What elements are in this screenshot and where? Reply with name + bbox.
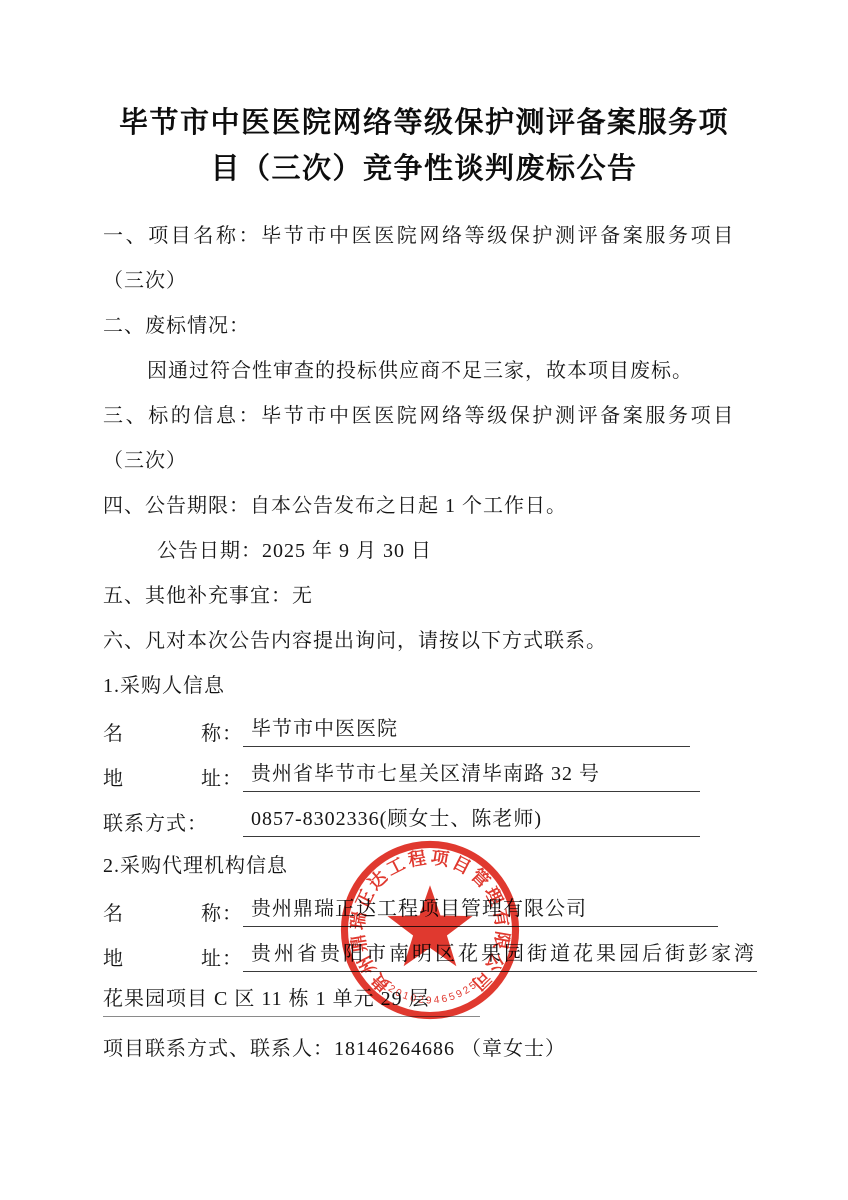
item2-detail: 因通过符合性审查的投标供应商不足三家，故本项目废标。	[103, 349, 745, 394]
document-body: 一、项目名称：毕节市中医医院网络等级保护测评备案服务项目 （三次） 二、废标情况…	[103, 214, 745, 1069]
purchaser-contact-value: 0857-8302336(顾女士、陈老师)	[243, 806, 700, 837]
agency-address-value-line2: 花果园项目 C 区 11 栋 1 单元 29 层	[103, 986, 480, 1017]
item4-announcement-period: 四、公告期限：自本公告发布之日起 1 个工作日。	[103, 484, 745, 529]
item1-project-name: 一、项目名称：毕节市中医医院网络等级保护测评备案服务项目	[103, 214, 745, 259]
purchaser-contact-row: 联系方式： 0857-8302336(顾女士、陈老师)	[103, 799, 745, 844]
document-page: 毕节市中医医院网络等级保护测评备案服务项 目（三次）竞争性谈判废标公告 一、项目…	[0, 0, 848, 1200]
item3-subject-info-cont: （三次）	[103, 439, 745, 484]
agency-address-value-line1: 贵州省贵阳市南明区花果园街道花果园后街彭家湾	[243, 941, 757, 972]
item4-announcement-date: 公告日期：2025 年 9 月 30 日	[103, 529, 745, 574]
agency-name-label: 名称：	[103, 897, 243, 926]
purchaser-address-label: 地址：	[103, 762, 243, 791]
item2-heading: 二、废标情况：	[103, 304, 745, 349]
title-line-2: 目（三次）竞争性谈判废标公告	[103, 146, 745, 192]
purchaser-contact-label: 联系方式：	[103, 807, 243, 836]
agency-address-label: 地址：	[103, 942, 243, 971]
title-line-1: 毕节市中医医院网络等级保护测评备案服务项	[103, 100, 745, 146]
purchaser-name-value: 毕节市中医医院	[243, 716, 690, 747]
page-title: 毕节市中医医院网络等级保护测评备案服务项 目（三次）竞争性谈判废标公告	[103, 100, 745, 192]
purchaser-heading: 1.采购人信息	[103, 664, 745, 709]
purchaser-address-value: 贵州省毕节市七星关区清毕南路 32 号	[243, 761, 700, 792]
item5-other-matters: 五、其他补充事宜：无	[103, 574, 745, 619]
purchaser-name-label: 名称：	[103, 717, 243, 746]
agency-name-row: 名称： 贵州鼎瑞正达工程项目管理有限公司	[103, 889, 745, 934]
agency-contact-row: 项目联系方式、联系人：18146264686 （章女士）	[103, 1024, 745, 1069]
agency-heading: 2.采购代理机构信息	[103, 844, 745, 889]
agency-address-cont-row: 花果园项目 C 区 11 栋 1 单元 29 层	[103, 979, 745, 1024]
agency-address-row: 地址： 贵州省贵阳市南明区花果园街道花果园后街彭家湾	[103, 934, 745, 979]
item3-subject-info: 三、标的信息：毕节市中医医院网络等级保护测评备案服务项目	[103, 394, 745, 439]
purchaser-name-row: 名称： 毕节市中医医院	[103, 709, 745, 754]
agency-name-value: 贵州鼎瑞正达工程项目管理有限公司	[243, 896, 718, 927]
agency-contact-line: 项目联系方式、联系人：18146264686 （章女士）	[103, 1032, 566, 1061]
item1-project-name-cont: （三次）	[103, 259, 745, 304]
purchaser-address-row: 地址： 贵州省毕节市七星关区清毕南路 32 号	[103, 754, 745, 799]
item6-inquiry-note: 六、凡对本次公告内容提出询问，请按以下方式联系。	[103, 619, 745, 664]
